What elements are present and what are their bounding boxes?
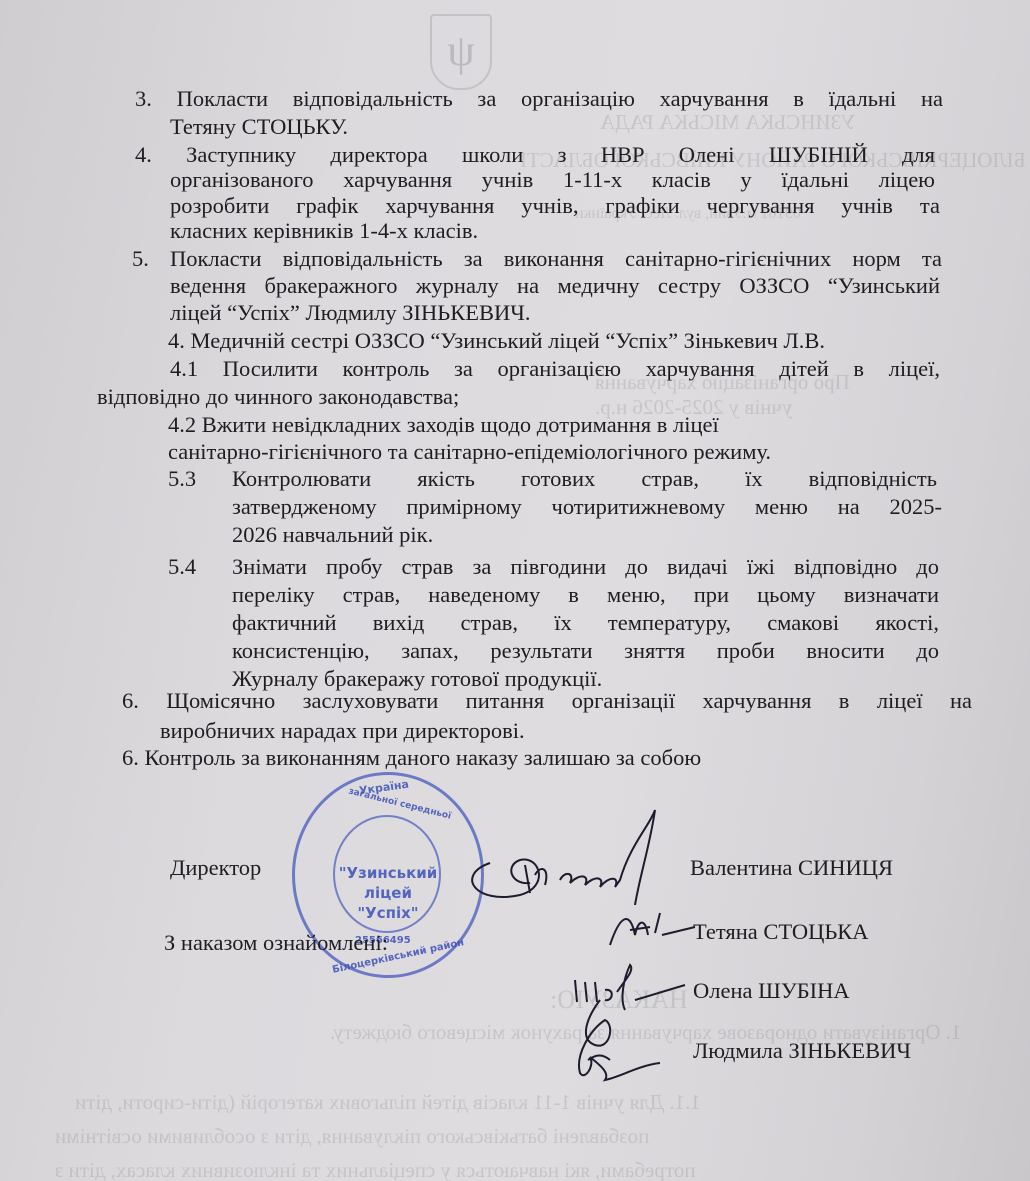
show-through-text: позбавлені батьківського піклування, діт…: [55, 1124, 649, 1149]
acquainted-label: З наказом ознайомлені:: [164, 932, 388, 955]
item-5-line: ведення бракеражного журналу на медичну …: [170, 275, 940, 298]
item-4-line: розробити графік харчування учнів, графі…: [170, 195, 940, 218]
item-5-4-line: Знімати пробу страв за півгодини до вида…: [232, 556, 939, 579]
acquainted-name-zinkevych: Людмила ЗІНЬКЕВИЧ: [693, 1040, 911, 1063]
item-5-line: 5. Покласти відповідальність за виконанн…: [132, 248, 942, 271]
item-3-line: 3. Покласти відповідальність за організа…: [135, 88, 943, 111]
director-label: Директор: [170, 857, 261, 880]
item-6-line: виробничих нарадах при директорові.: [160, 720, 525, 743]
item-5-line: ліцей “Успіх” Людмилу ЗІНЬКЕВИЧ.: [170, 302, 530, 325]
acquainted-name-shubina: Олена ШУБІНА: [693, 980, 850, 1003]
show-through-text: 1.1. Для учнів 1-11 класів дітей пільгов…: [75, 1090, 701, 1115]
item-4-2-line: санітарно-гігієнічного та санітарно-епід…: [168, 441, 771, 464]
item-4-line: класних керівників 1-4-х класів.: [170, 220, 478, 243]
item-3-line: Тетяну СТОЦЬКУ.: [170, 116, 348, 139]
control-clause: 6. Контроль за виконанням даного наказу …: [122, 747, 701, 770]
item-5-3-line: затвердженому примірному чотиритижневому…: [232, 496, 942, 519]
item-5-4-line: консистенцію, запах, результати зняття п…: [232, 640, 939, 663]
director-signature: [450, 805, 690, 915]
nurse-heading: 4. Медичній сестрі ОЗЗСО “Узинський ліце…: [168, 330, 825, 353]
signature-zinkevych: [560, 995, 690, 1085]
item-5-4-number: 5.4: [168, 556, 196, 579]
show-through-text: УЗИНСЬКА МІСЬКА РАДА: [600, 110, 856, 135]
director-name: Валентина СИНИЦЯ: [690, 857, 893, 880]
item-5-3-line: 2026 навчальний рік.: [232, 524, 433, 547]
item-4-2-line: 4.2 Вжити невідкладних заходів щодо дотр…: [168, 414, 719, 437]
acquainted-name-stotska: Тетяна СТОЦЬКА: [693, 921, 869, 944]
item-4-line: 4. Заступнику директора школи з НВР Олен…: [135, 144, 935, 167]
item-6-line: 6. Щомісячно заслуховувати питання орган…: [122, 690, 972, 713]
item-5-3-line: Контролювати якість готових страв, їх ві…: [232, 468, 937, 491]
item-4-line: організованого харчування учнів 1-11-х к…: [170, 169, 935, 192]
show-through-text: потребами, які навчаються у спеціальних …: [55, 1158, 696, 1181]
item-5-4-line: переліку страв, наведеному в меню, при ц…: [232, 584, 939, 607]
signature-stotska: [600, 905, 700, 955]
item-4-1-line: 4.1 Посилити контроль за організацією ха…: [170, 358, 940, 381]
item-5-3-number: 5.3: [168, 468, 196, 491]
item-4-1-line: відповідно до чинного законодавства;: [97, 386, 459, 409]
item-5-4-line: фактичний вихід страв, їх температуру, с…: [232, 612, 939, 635]
coat-of-arms-icon: ψ: [430, 14, 492, 90]
